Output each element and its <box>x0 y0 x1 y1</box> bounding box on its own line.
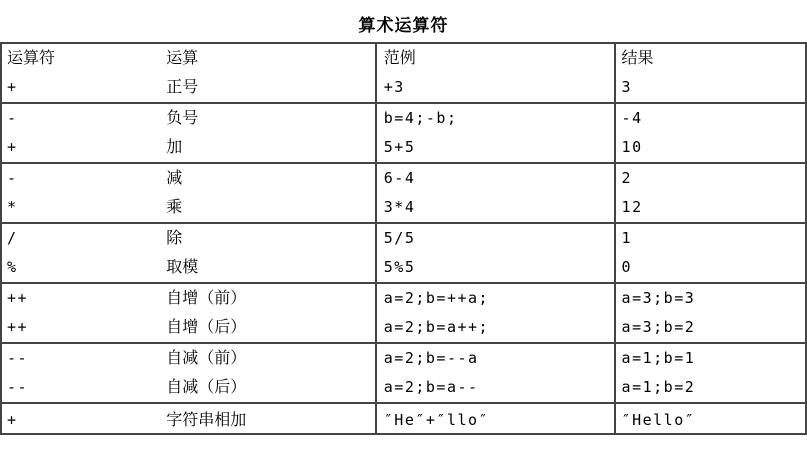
result-value: a=1;b=1 <box>616 344 805 373</box>
cell-example: 6-4 3*4 <box>376 163 615 223</box>
col-header-result: 结果 <box>616 44 805 73</box>
cell-operation: 减 乘 <box>165 163 376 223</box>
operation-name: 自增（后） <box>165 313 375 342</box>
col-header-example: 范例 <box>377 44 614 73</box>
cell-result: 1 0 <box>615 223 806 283</box>
cell-operator: 运算符 + <box>1 43 165 103</box>
cell-result: -4 10 <box>615 103 806 163</box>
cell-example: 范例 +3 <box>376 43 615 103</box>
result-value: -4 <box>616 104 805 133</box>
result-value: a=3;b=2 <box>616 313 805 342</box>
operator-symbol: ++ <box>2 313 165 342</box>
operator-symbol: + <box>2 404 165 433</box>
operation-name: 自增（前） <box>165 284 375 313</box>
operation-name: 正号 <box>165 73 375 102</box>
example-code: a=2;b=a-- <box>377 373 614 402</box>
operator-symbol: + <box>2 73 165 102</box>
cell-operator: -- -- <box>1 343 165 403</box>
cell-result: a=1;b=1 a=1;b=2 <box>615 343 806 403</box>
operation-name: 除 <box>165 224 375 253</box>
result-value: 10 <box>616 133 805 162</box>
operator-symbol: + <box>2 133 165 162</box>
operator-symbol: % <box>2 253 165 282</box>
table-row-group: / % 除 取模 5/5 5%5 1 0 <box>1 223 806 283</box>
cell-operation: 自减（前） 自减（后） <box>165 343 376 403</box>
cell-example: b=4;-b; 5+5 <box>376 103 615 163</box>
table-row-group: 运算符 + 运算 正号 范例 +3 结果 3 <box>1 43 806 103</box>
result-value: ″Hello″ <box>616 404 805 433</box>
cell-example: a=2;b=++a; a=2;b=a++; <box>376 283 615 343</box>
table-row-group: + 字符串相加 ″He″+″llo″ ″Hello″ <box>1 403 806 434</box>
result-value: 3 <box>616 73 805 102</box>
cell-result: 结果 3 <box>615 43 806 103</box>
operator-symbol: * <box>2 193 165 222</box>
title-row: 算术运算符 <box>0 0 807 42</box>
operator-symbol: - <box>2 164 165 193</box>
operation-name: 自减（后） <box>165 373 375 402</box>
operation-name: 乘 <box>165 193 375 222</box>
operation-name: 加 <box>165 133 375 162</box>
result-value: 0 <box>616 253 805 282</box>
example-code: a=2;b=++a; <box>377 284 614 313</box>
table-row-group: - * 减 乘 6-4 3*4 2 12 <box>1 163 806 223</box>
example-code: a=2;b=a++; <box>377 313 614 342</box>
operator-symbol: / <box>2 224 165 253</box>
example-code: a=2;b=--a <box>377 344 614 373</box>
table-row-group: -- -- 自减（前） 自减（后） a=2;b=--a a=2;b=a-- a=… <box>1 343 806 403</box>
page: 算术运算符 运算符 + 运算 正号 范例 +3 <box>0 0 807 454</box>
cell-result: 2 12 <box>615 163 806 223</box>
cell-operator: ++ ++ <box>1 283 165 343</box>
cell-operator: - + <box>1 103 165 163</box>
cell-example: ″He″+″llo″ <box>376 403 615 434</box>
result-value: 2 <box>616 164 805 193</box>
operation-name: 字符串相加 <box>165 404 375 433</box>
col-header-operation: 运算 <box>165 44 375 73</box>
example-code: 5/5 <box>377 224 614 253</box>
example-code: 5%5 <box>377 253 614 282</box>
operation-name: 减 <box>165 164 375 193</box>
example-code: b=4;-b; <box>377 104 614 133</box>
operation-name: 负号 <box>165 104 375 133</box>
cell-operation: 自增（前） 自增（后） <box>165 283 376 343</box>
example-code: ″He″+″llo″ <box>377 404 614 433</box>
cell-operator: + <box>1 403 165 434</box>
result-value: a=3;b=3 <box>616 284 805 313</box>
table-row-group: ++ ++ 自增（前） 自增（后） a=2;b=++a; a=2;b=a++; … <box>1 283 806 343</box>
operator-symbol: - <box>2 104 165 133</box>
table-title: 算术运算符 <box>359 11 449 36</box>
result-value: 1 <box>616 224 805 253</box>
operator-symbol: -- <box>2 373 165 402</box>
cell-operator: / % <box>1 223 165 283</box>
cell-result: ″Hello″ <box>615 403 806 434</box>
operation-name: 自减（前） <box>165 344 375 373</box>
example-code: +3 <box>377 73 614 102</box>
operation-name: 取模 <box>165 253 375 282</box>
cell-operation: 运算 正号 <box>165 43 376 103</box>
table-row-group: - + 负号 加 b=4;-b; 5+5 -4 10 <box>1 103 806 163</box>
operators-table: 运算符 + 运算 正号 范例 +3 结果 3 - <box>0 42 807 435</box>
example-code: 5+5 <box>377 133 614 162</box>
cell-example: 5/5 5%5 <box>376 223 615 283</box>
cell-operation: 负号 加 <box>165 103 376 163</box>
cell-operation: 字符串相加 <box>165 403 376 434</box>
example-code: 3*4 <box>377 193 614 222</box>
result-value: a=1;b=2 <box>616 373 805 402</box>
cell-example: a=2;b=--a a=2;b=a-- <box>376 343 615 403</box>
cell-result: a=3;b=3 a=3;b=2 <box>615 283 806 343</box>
col-header-operator: 运算符 <box>2 44 165 73</box>
cell-operation: 除 取模 <box>165 223 376 283</box>
example-code: 6-4 <box>377 164 614 193</box>
operator-symbol: ++ <box>2 284 165 313</box>
cell-operator: - * <box>1 163 165 223</box>
operator-symbol: -- <box>2 344 165 373</box>
result-value: 12 <box>616 193 805 222</box>
